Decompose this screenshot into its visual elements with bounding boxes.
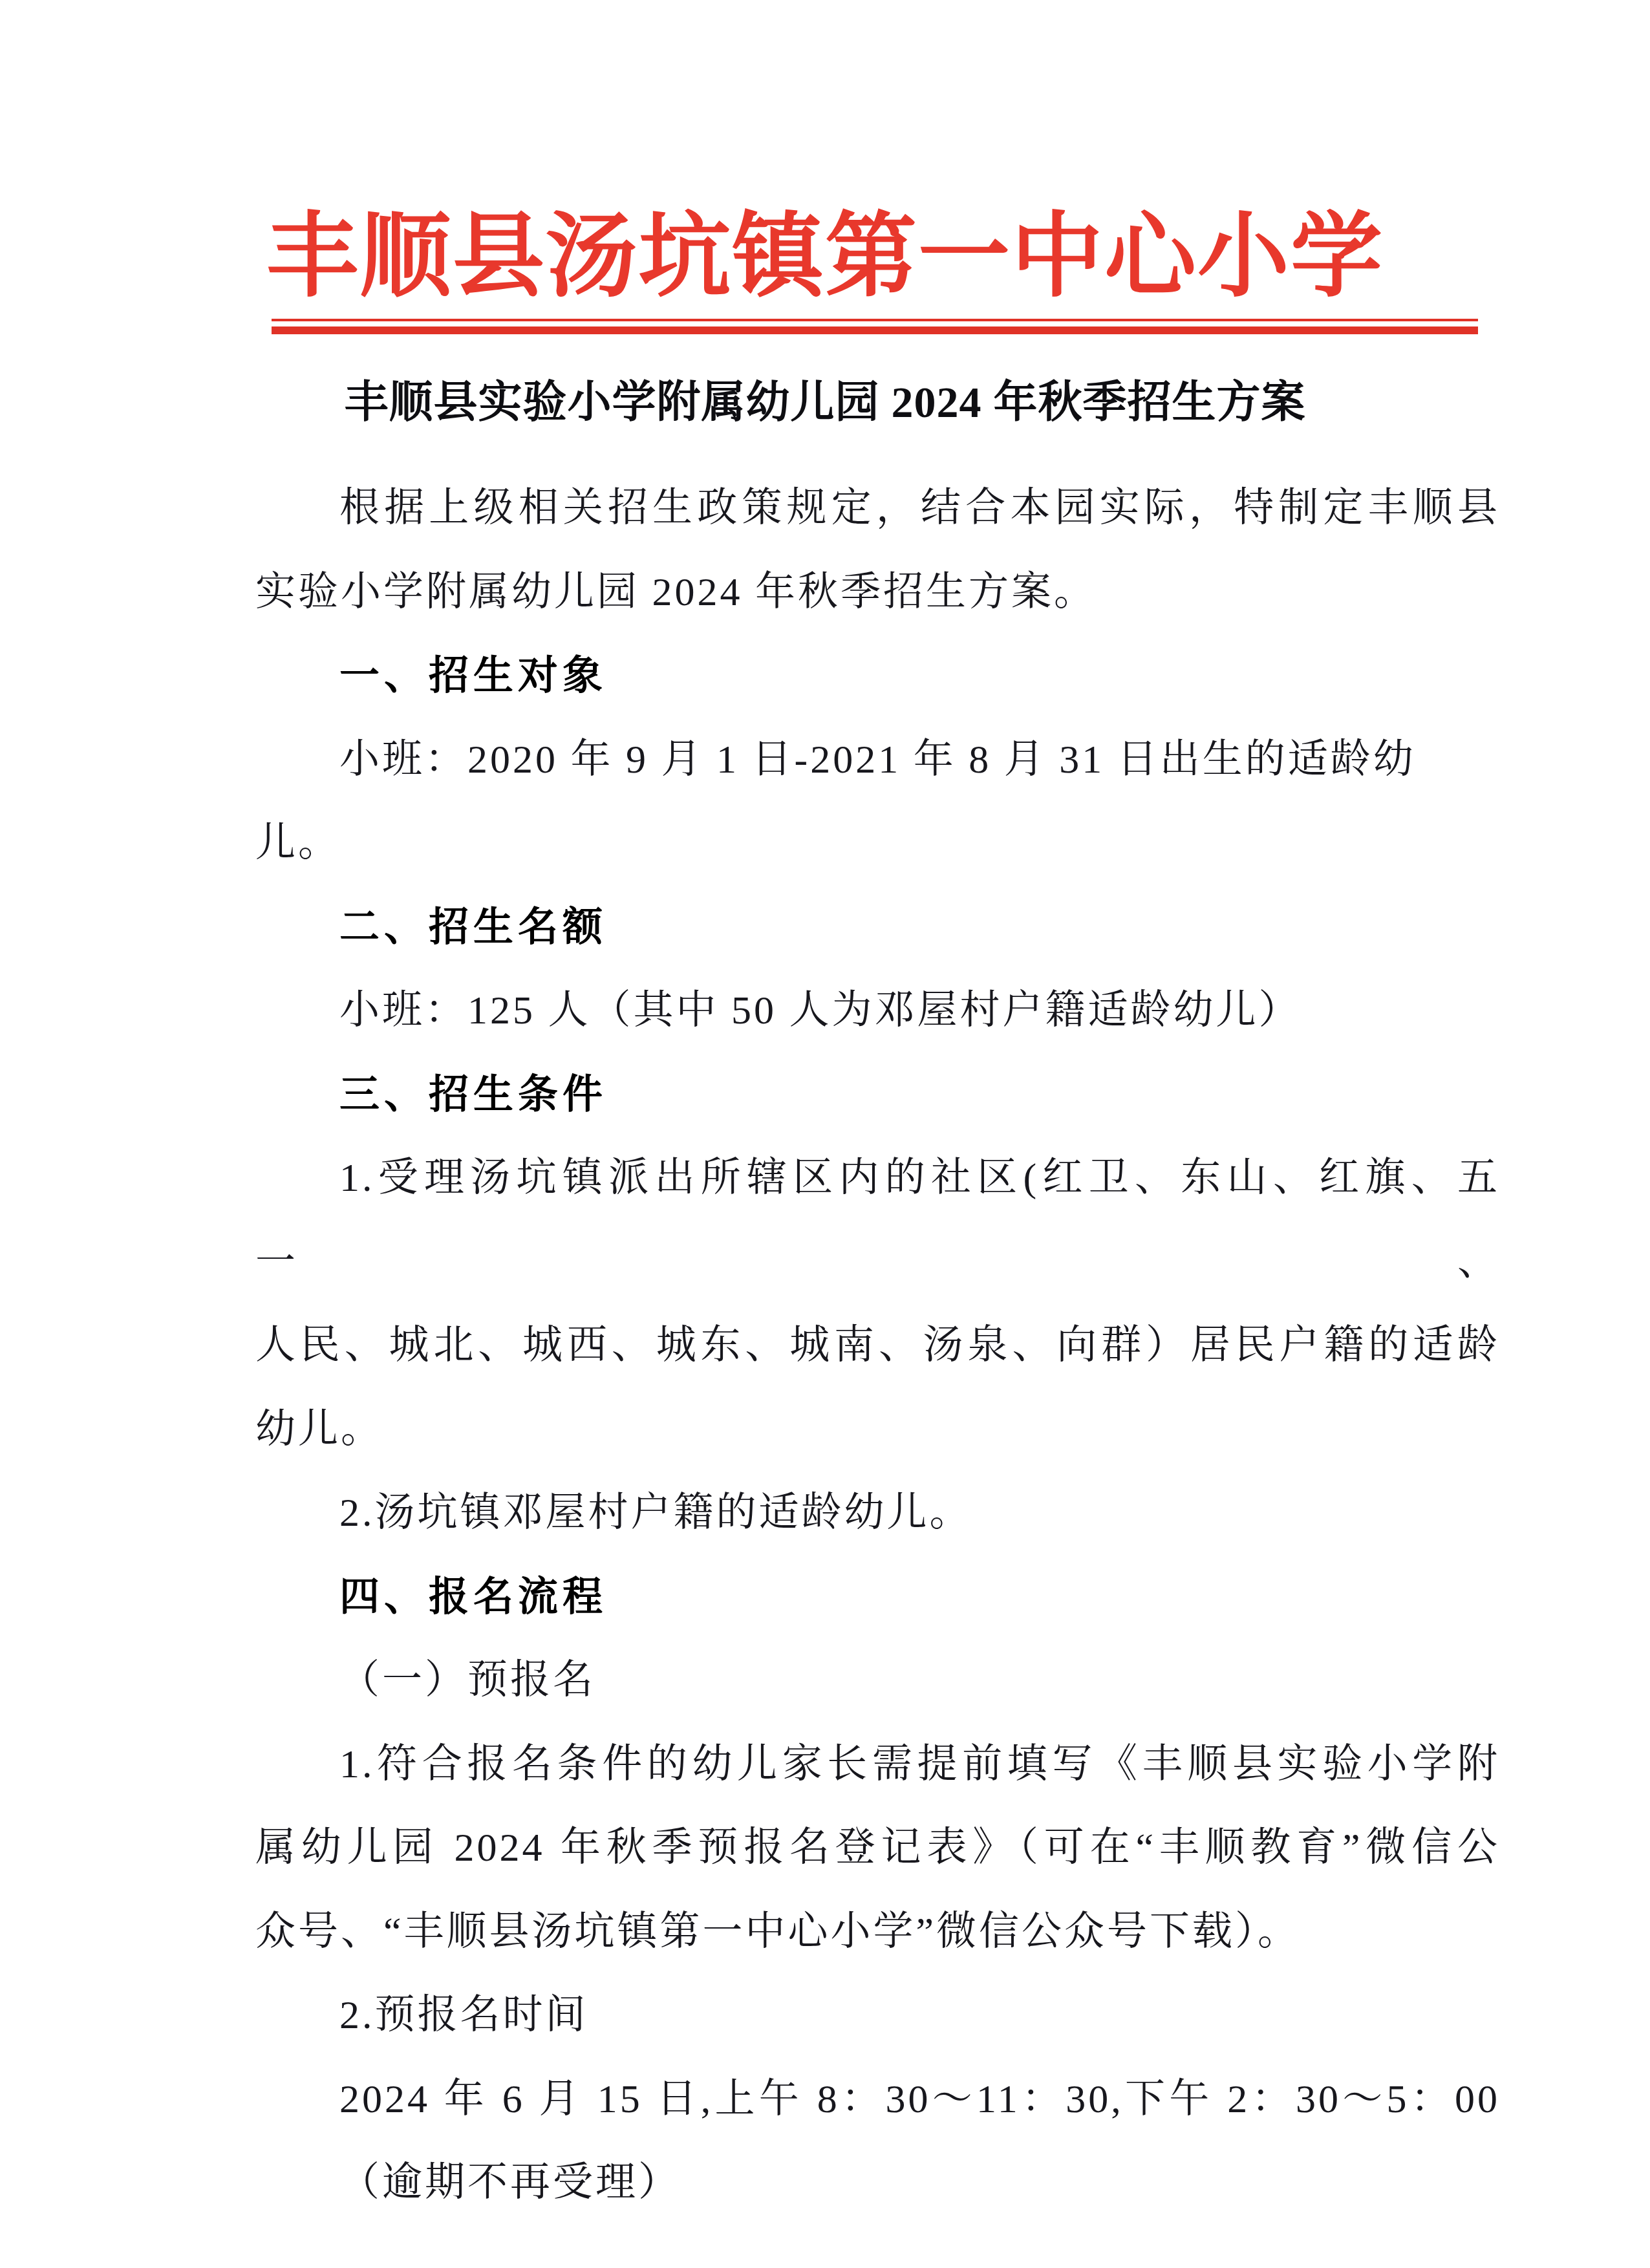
school-letterhead-title: 丰顺县汤坑镇第一中心小学 bbox=[0, 182, 1650, 314]
section-4-item-2-heading: 2.预报名时间 bbox=[255, 1974, 1500, 2058]
paragraph-intro-line-1: 根据上级相关招生政策规定，结合本园实际，特制定丰顺县 bbox=[255, 467, 1500, 551]
section-1-content: 小班：2020 年 9 月 1 日-2021 年 8 月 31 日出生的适龄幼儿… bbox=[255, 718, 1500, 886]
section-2-content: 小班：125 人（其中 50 人为邓屋村户籍适龄幼儿） bbox=[255, 969, 1500, 1053]
letterhead-rule-thin bbox=[272, 319, 1478, 321]
section-3-heading: 三、招生条件 bbox=[255, 1053, 1500, 1137]
paragraph-intro-line-2: 实验小学附属幼儿园 2024 年秋季招生方案。 bbox=[255, 551, 1500, 635]
section-4-subheading-1: （一）预报名 bbox=[255, 1639, 1500, 1723]
letterhead-rule-thick bbox=[272, 326, 1478, 334]
document-page: 丰顺县汤坑镇第一中心小学 丰顺县实验小学附属幼儿园 2024 年秋季招生方案 根… bbox=[0, 0, 1650, 2268]
document-body: 根据上级相关招生政策规定，结合本园实际，特制定丰顺县 实验小学附属幼儿园 202… bbox=[255, 467, 1500, 2225]
section-4-item-2-time: 2024 年 6 月 15 日,上午 8：30～11：30,下午 2：30～5：… bbox=[255, 2058, 1500, 2142]
section-1-heading: 一、招生对象 bbox=[255, 634, 1500, 718]
document-title: 丰顺县实验小学附属幼儿园 2024 年秋季招生方案 bbox=[0, 367, 1650, 430]
section-3-item-2: 2.汤坑镇邓屋村户籍的适龄幼儿。 bbox=[255, 1471, 1500, 1556]
section-4-item-1-line-3: 众号、“丰顺县汤坑镇第一中心小学”微信公众号下载）。 bbox=[255, 1890, 1500, 1974]
section-3-item-1-line-2: 人民、城北、城西、城东、城南、汤泉、向群）居民户籍的适龄 bbox=[255, 1304, 1500, 1388]
section-4-item-1-line-1: 1.符合报名条件的幼儿家长需提前填写《丰顺县实验小学附 bbox=[255, 1723, 1500, 1807]
section-3-item-1-line-1: 1.受理汤坑镇派出所辖区内的社区(红卫、东山、红旗、五一、 bbox=[255, 1137, 1500, 1304]
section-4-heading: 四、报名流程 bbox=[255, 1556, 1500, 1640]
section-4-item-1-line-2: 属幼儿园 2024 年秋季预报名登记表》（可在“丰顺教育”微信公 bbox=[255, 1806, 1500, 1890]
section-3-item-1-line-3: 幼儿。 bbox=[255, 1388, 1500, 1472]
section-2-heading: 二、招生名额 bbox=[255, 886, 1500, 970]
section-4-item-2-deadline: （逾期不再受理） bbox=[255, 2141, 1500, 2225]
